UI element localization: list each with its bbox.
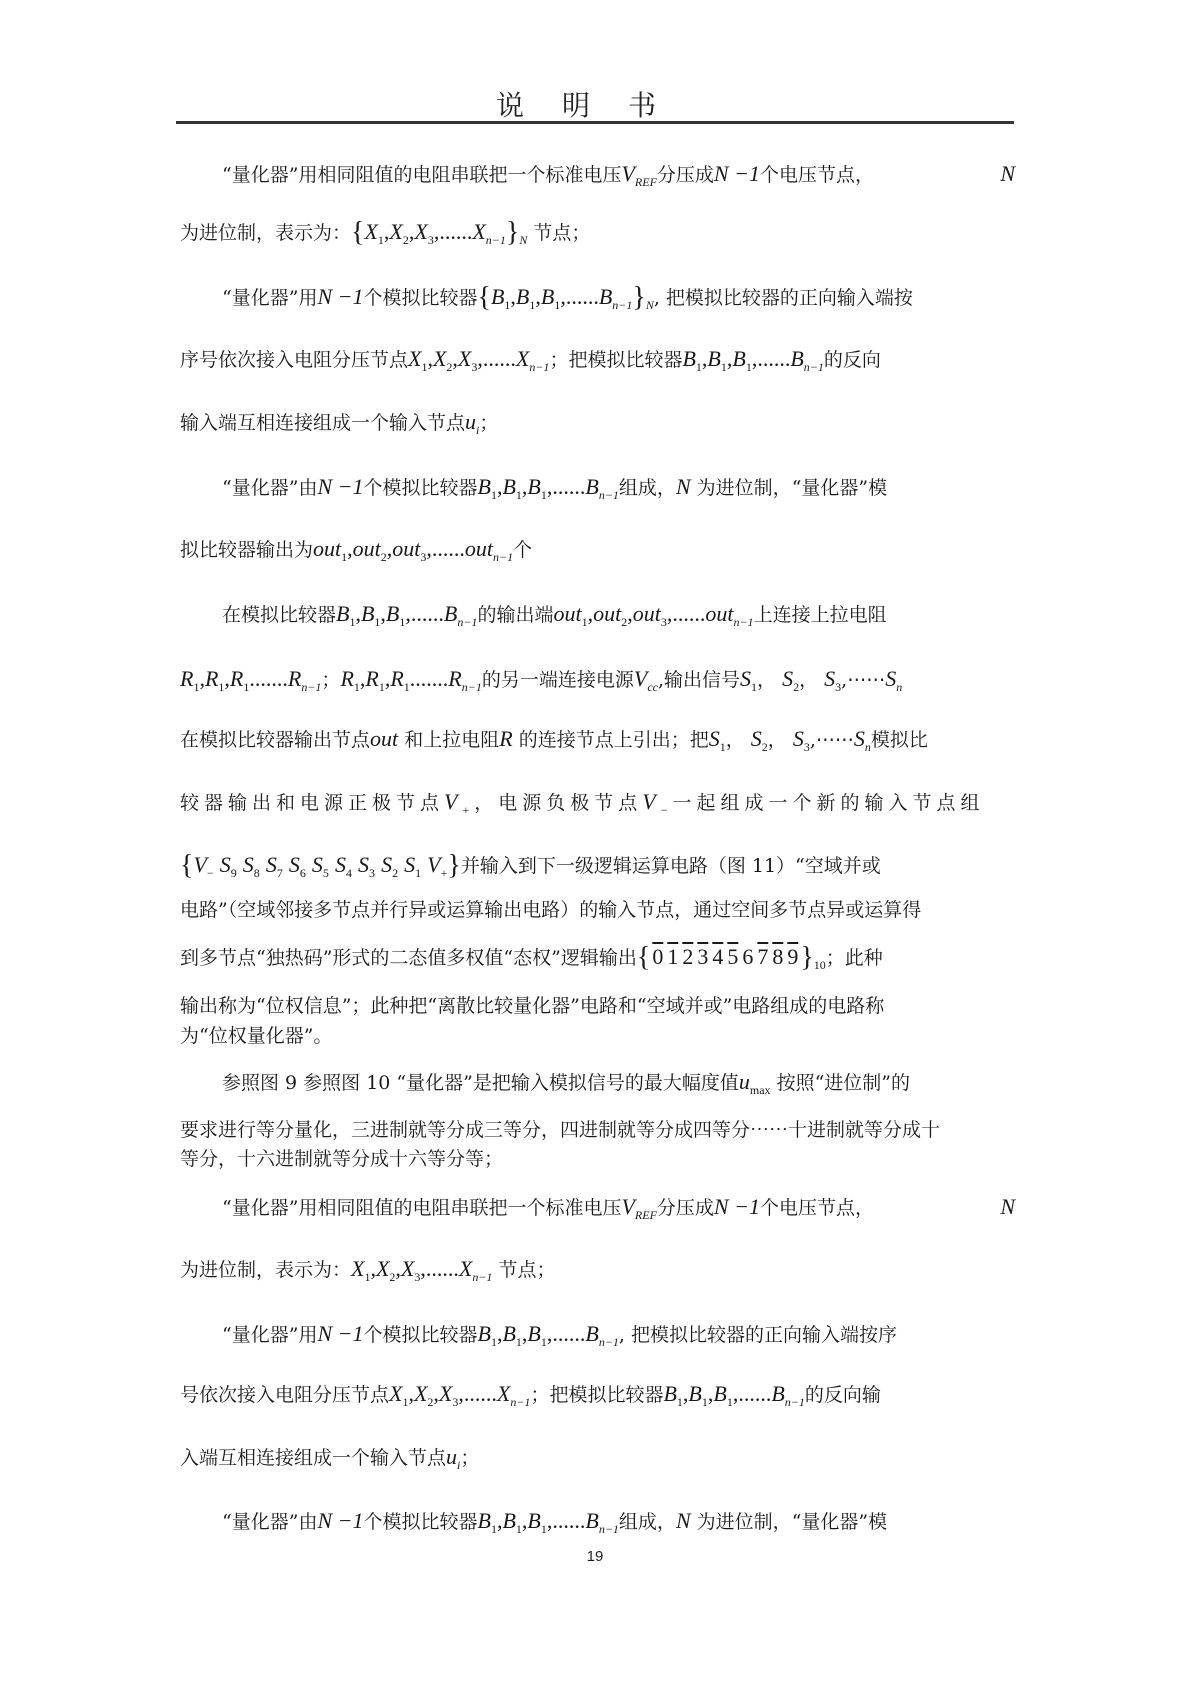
- paragraph-line: “量化器”用相同阻值的电阻串联把一个标准电压VREF分压成N −1个电压节点，N: [222, 160, 1015, 196]
- paragraph-line: 到多节点“独热码”形式的二态值多权值“态权”逻辑输出{0123456789}10…: [180, 943, 1015, 979]
- paragraph-line: 输出称为“位权信息”；此种把“离散比较量化器”电路和“空域并或”电路组成的电路称: [180, 992, 1015, 1020]
- paragraph-line: R1,R1,R1.......Rn−1；R1,R1,R1.......Rn−1的…: [180, 665, 1015, 701]
- paragraph-line: “量化器”由N −1个模拟比较器B1,B1,B1,......Bn−1组成，N …: [222, 473, 1015, 509]
- page-title: 说明书: [0, 84, 1190, 124]
- paragraph-line: 序号依次接入电阻分压节点X1,X2,X3,......Xn−1；把模拟比较器B1…: [180, 345, 1015, 381]
- paragraph-line: “量化器”由N −1个模拟比较器B1,B1,B1,......Bn−1组成，N …: [222, 1507, 1015, 1543]
- paragraph-line: 拟比较器输出为out1,out2,out3,......outn−1个: [180, 535, 1015, 571]
- page-number: 19: [0, 1548, 1190, 1565]
- paragraph-line: “量化器”用N −1个模拟比较器{B1,B1,B1,......Bn−1}N, …: [222, 283, 1015, 319]
- paragraph-line: 为“位权量化器”。: [180, 1022, 1015, 1050]
- paragraph-line: 等分，十六进制就等分成十六等分等；: [180, 1145, 1015, 1173]
- paragraph-line: “量化器”用相同阻值的电阻串联把一个标准电压VREF分压成N −1个电压节点，N: [222, 1193, 1015, 1229]
- paragraph-line: 在模拟比较器输出节点out 和上拉电阻R 的连接节点上引出；把S1， S2， S…: [180, 725, 1015, 761]
- paragraph-line: “量化器”用N −1个模拟比较器B1,B1,B1,......Bn−1, 把模拟…: [222, 1320, 1015, 1356]
- paragraph-line: 参照图 9 参照图 10 “量化器”是把输入模拟信号的最大幅度值umax 按照“…: [222, 1068, 1015, 1104]
- header-rule: [176, 121, 1014, 124]
- paragraph-line: 较器输出和电源正极节点V+，电源负极节点V−一起组成一个新的输入节点组: [180, 788, 1015, 824]
- paragraph-line: 输入端互相连接组成一个输入节点ui；: [180, 408, 1015, 444]
- paragraph-line: 要求进行等分量化，三进制就等分成三等分，四进制就等分成四等分⋯⋯十进制就等分成十: [180, 1116, 1015, 1144]
- paragraph-line: 为进位制，表示为：X1,X2,X3,......Xn−1 节点；: [180, 1255, 1015, 1291]
- paragraph-line: 号依次接入电阻分压节点X1,X2,X3,......Xn−1；把模拟比较器B1,…: [180, 1380, 1015, 1416]
- paragraph-line: 在模拟比较器B1,B1,B1,......Bn−1的输出端out1,out2,o…: [222, 600, 1015, 636]
- paragraph-line: {V− S9 S8 S7 S6 S5 S4 S3 S2 S1 V+}并输入到下一…: [180, 851, 1015, 887]
- paragraph-line: 入端互相连接组成一个输入节点ui；: [180, 1443, 1015, 1479]
- paragraph-line: 电路”（空域邻接多节点并行异或运算输出电路）的输入节点，通过空间多节点异或运算得: [180, 896, 1015, 924]
- paragraph-line: 为进位制，表示为：{X1,X2,X3,......Xn−1}N 节点；: [180, 218, 1015, 254]
